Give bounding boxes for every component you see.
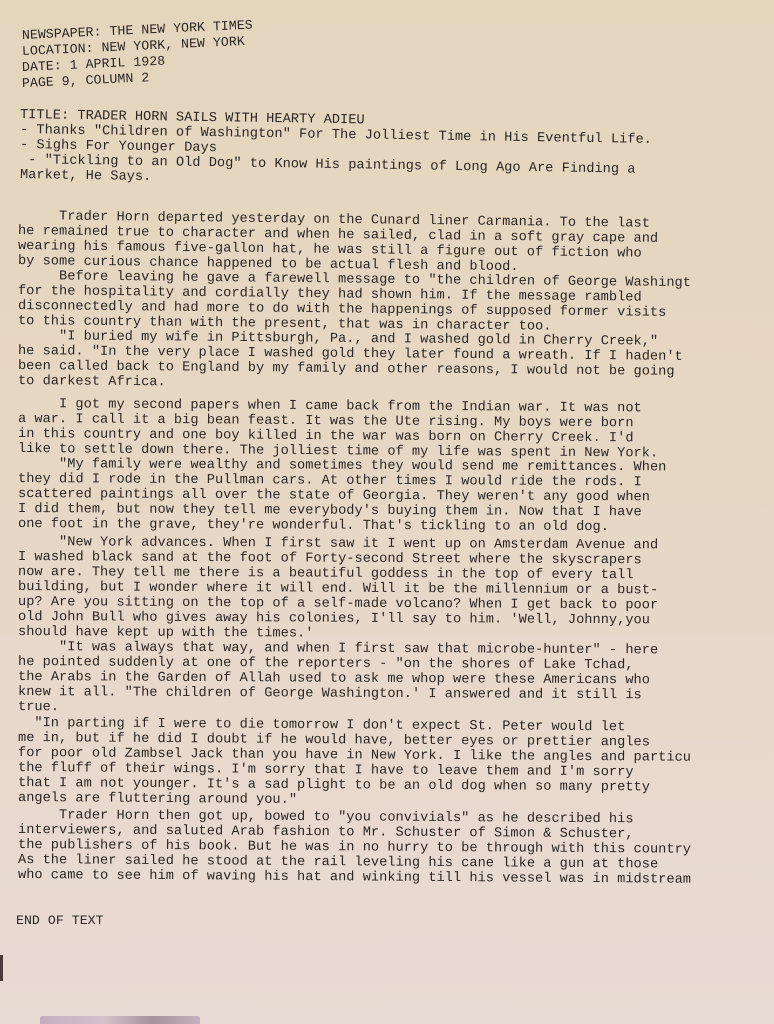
- body-line: true.: [18, 700, 59, 715]
- typed-document-page: NEWSPAPER: THE NEW YORK TIMES LOCATION: …: [0, 0, 774, 1024]
- body-line: should have kept up with the times.': [18, 625, 314, 642]
- scan-bottom-artifact: [40, 1016, 200, 1024]
- body-line: to darkest Africa.: [18, 374, 166, 390]
- subtitle-3-cont: Market, He Says.: [20, 168, 152, 185]
- end-of-text-marker: END OF TEXT: [16, 913, 104, 928]
- body-line: angels are fluttering around you.": [18, 791, 297, 808]
- body-line: knew it all. "The children of George Was…: [18, 685, 642, 703]
- body-line: one foot in the grave, they're wonderful…: [18, 517, 609, 535]
- scan-edge-mark: [0, 955, 3, 981]
